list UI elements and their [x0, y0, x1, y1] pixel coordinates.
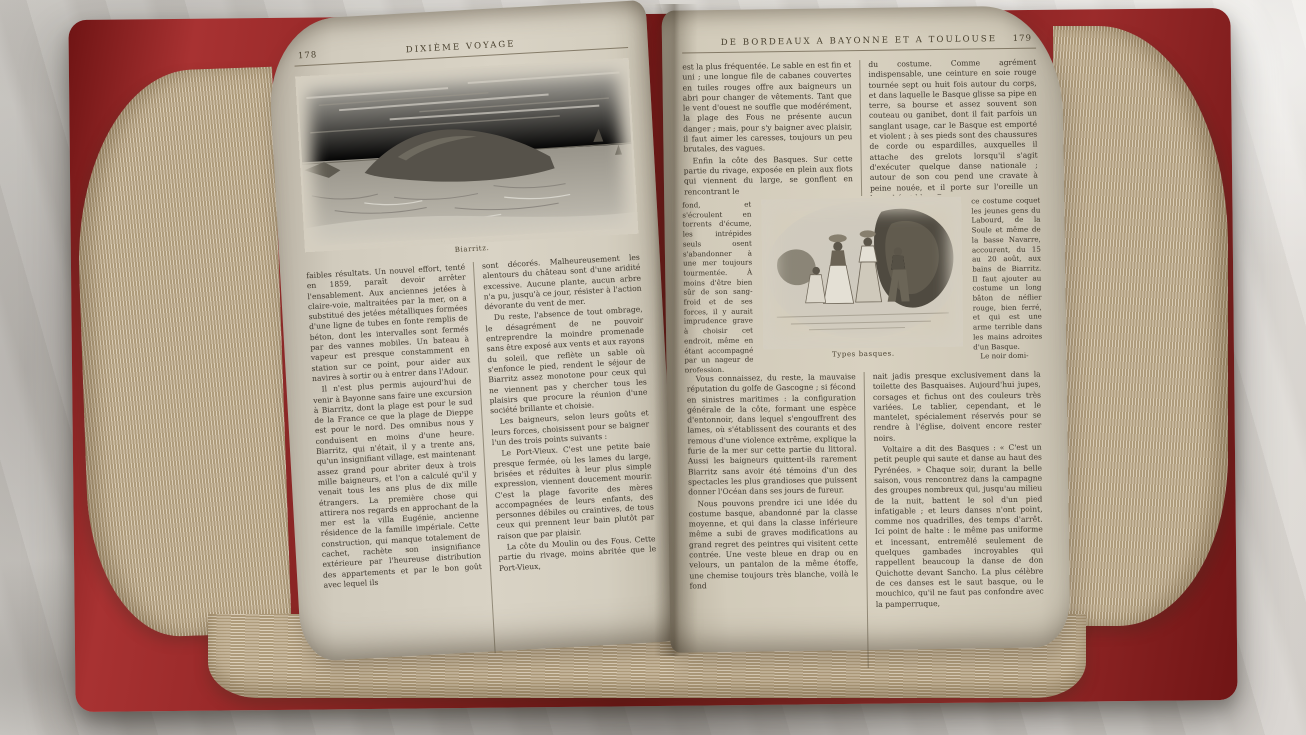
types-basques-caption: Types basques. — [832, 350, 895, 359]
left-page-column-1: faibles résultats. Un nouvel effort, ten… — [304, 262, 495, 663]
paragraph: Il n'est plus permis aujourd'hui de veni… — [312, 376, 482, 590]
left-running-title: DIXIÈME VOYAGE — [406, 39, 516, 55]
paragraph: nait jadis presque exclusivement dans la… — [873, 370, 1042, 444]
right-page-column-1-top: est la plus fréquentée. Le sable en est … — [680, 60, 861, 198]
right-page-column-1-bottom: Vous connaissez, du reste, la mauvaise r… — [685, 372, 868, 670]
left-page-content: 178 DIXIÈME VOYAGE — [266, 0, 681, 662]
paragraph: Le Port-Vieux. C'est une petite baie pre… — [492, 441, 655, 542]
paragraph: ce costume coquet les jeunes gens du Lab… — [971, 196, 1042, 352]
left-page-header: 178 DIXIÈME VOYAGE — [292, 33, 630, 62]
right-header-rule — [682, 48, 1036, 54]
biarritz-engraving — [297, 60, 636, 250]
right-page-content: DE BORDEAUX A BAYONNE ET A TOULOUSE 179 … — [662, 5, 1071, 653]
paragraph: Nous pouvons prendre ici une idée du cos… — [688, 497, 858, 592]
right-page-bottom-columns: Vous connaissez, du reste, la mauvaise r… — [685, 370, 1047, 671]
left-page-columns: faibles résultats. Un nouvel effort, ten… — [304, 253, 663, 663]
left-page-number: 178 — [298, 50, 318, 61]
right-page-top-columns: est la plus fréquentée. Le sable en est … — [680, 58, 1040, 199]
paragraph: Enfin la côte des Basques. Sur cette par… — [684, 154, 854, 198]
right-page-narrow-column-left: fond, et s'écroulent en torrents d'écume… — [682, 200, 758, 373]
right-page-column-2-bottom: nait jadis presque exclusivement dans la… — [864, 370, 1047, 668]
right-page-narrow-column-right: ce costume coquet les jeunes gens du Lab… — [966, 196, 1042, 369]
left-page: 178 DIXIÈME VOYAGE — [266, 0, 681, 662]
right-page-header: DE BORDEAUX A BAYONNE ET A TOULOUSE 179 — [680, 34, 1038, 49]
right-page-middle-row: fond, et s'écroulent en torrents d'écume… — [682, 196, 1042, 373]
left-page-column-2: sont décorés. Malheureusement les alento… — [473, 253, 664, 654]
paragraph: Vous connaissez, du reste, la mauvaise r… — [687, 372, 858, 498]
right-page: DE BORDEAUX A BAYONNE ET A TOULOUSE 179 … — [662, 5, 1071, 653]
paragraph: est la plus fréquentée. Le sable en est … — [682, 60, 852, 155]
types-basques-figures-engraving — [763, 199, 961, 344]
paragraph: fond, et s'écroulent en torrents d'écume… — [682, 200, 753, 373]
types-basques-engraving — [763, 199, 961, 348]
paragraph: sont décorés. Malheureusement les alento… — [482, 253, 643, 313]
paragraph: Le noir domi- — [973, 351, 1042, 362]
open-book: 178 DIXIÈME VOYAGE — [68, 0, 1236, 714]
right-page-number: 179 — [1013, 34, 1032, 44]
paragraph: du costume. Comme agrément indispensable… — [868, 58, 1038, 199]
page-block-fore-edge-right — [1053, 26, 1228, 626]
biarritz-seascape-engraving — [297, 60, 636, 246]
right-page-column-2-top: du costume. Comme agrément indispensable… — [859, 58, 1040, 196]
paragraph: faibles résultats. Un nouvel effort, ten… — [306, 262, 471, 384]
types-basques-block: Types basques. — [756, 197, 968, 372]
page-block-fore-edge-left — [72, 67, 292, 640]
right-running-title: DE BORDEAUX A BAYONNE ET A TOULOUSE — [721, 34, 997, 48]
paragraph: Voltaire a dit des Basques : « C'est un … — [874, 443, 1044, 610]
paragraph: Du reste, l'absence de tout ombrage, le … — [485, 305, 649, 417]
